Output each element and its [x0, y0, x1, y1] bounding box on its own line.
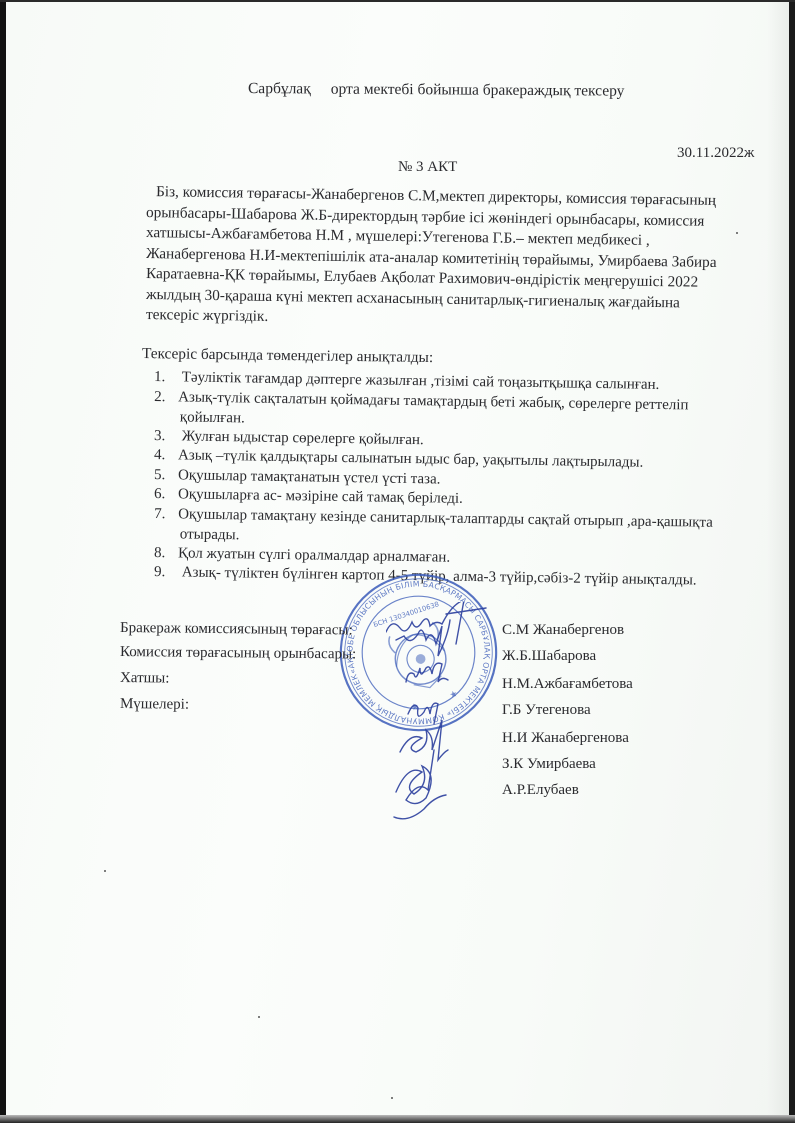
signatory-name: З.К Умирбаева [502, 756, 596, 773]
heading-rest: орта мектебі бойынша бракераждық тексеру [331, 81, 625, 100]
role-secretary: Хатшы: [120, 670, 170, 688]
findings-intro: Тексеріс барсында төмендегілер анықталды… [142, 345, 433, 367]
school-name: Сарбұлақ [248, 80, 311, 97]
scan-bottom-edge [0, 1115, 795, 1123]
signatory-name: С.М Жанабергенов [502, 622, 624, 639]
signatory-name: Ж.Б.Шабарова [502, 648, 596, 665]
scan-speck [258, 1016, 260, 1018]
document-page: Сарбұлақорта мектебі бойынша бракераждық… [6, 2, 789, 1115]
findings-list: 1. Тәуліктік тағамдар дәптерге жазылған … [154, 368, 794, 583]
scan-speck [391, 1097, 393, 1099]
role-members: Мүшелері: [120, 696, 189, 714]
commission-paragraph: Біз, комиссия төрағасы-Жанабергенов С.М,… [146, 182, 786, 326]
act-number: № 3 АКТ [398, 159, 457, 176]
scan-speck [104, 870, 106, 872]
scan-speck [736, 232, 738, 234]
signatory-name: А.Р.Елубаев [502, 782, 579, 799]
signatory-name: Н.И Жанабергенова [502, 730, 629, 747]
signatory-name: Г.Б Утегенова [502, 702, 591, 719]
signatory-name: Н.М.Ажбағамбетова [502, 676, 633, 693]
handwritten-signatures-icon [386, 602, 516, 832]
document-heading: Сарбұлақорта мектебі бойынша бракераждық… [248, 80, 625, 101]
document-date: 30.11.2022ж [677, 145, 754, 162]
role-deputy-chairman: Комиссия төрағасының орынбасары: [120, 644, 356, 663]
role-chairman: Бракераж комиссиясының төрағасы: [120, 620, 353, 639]
